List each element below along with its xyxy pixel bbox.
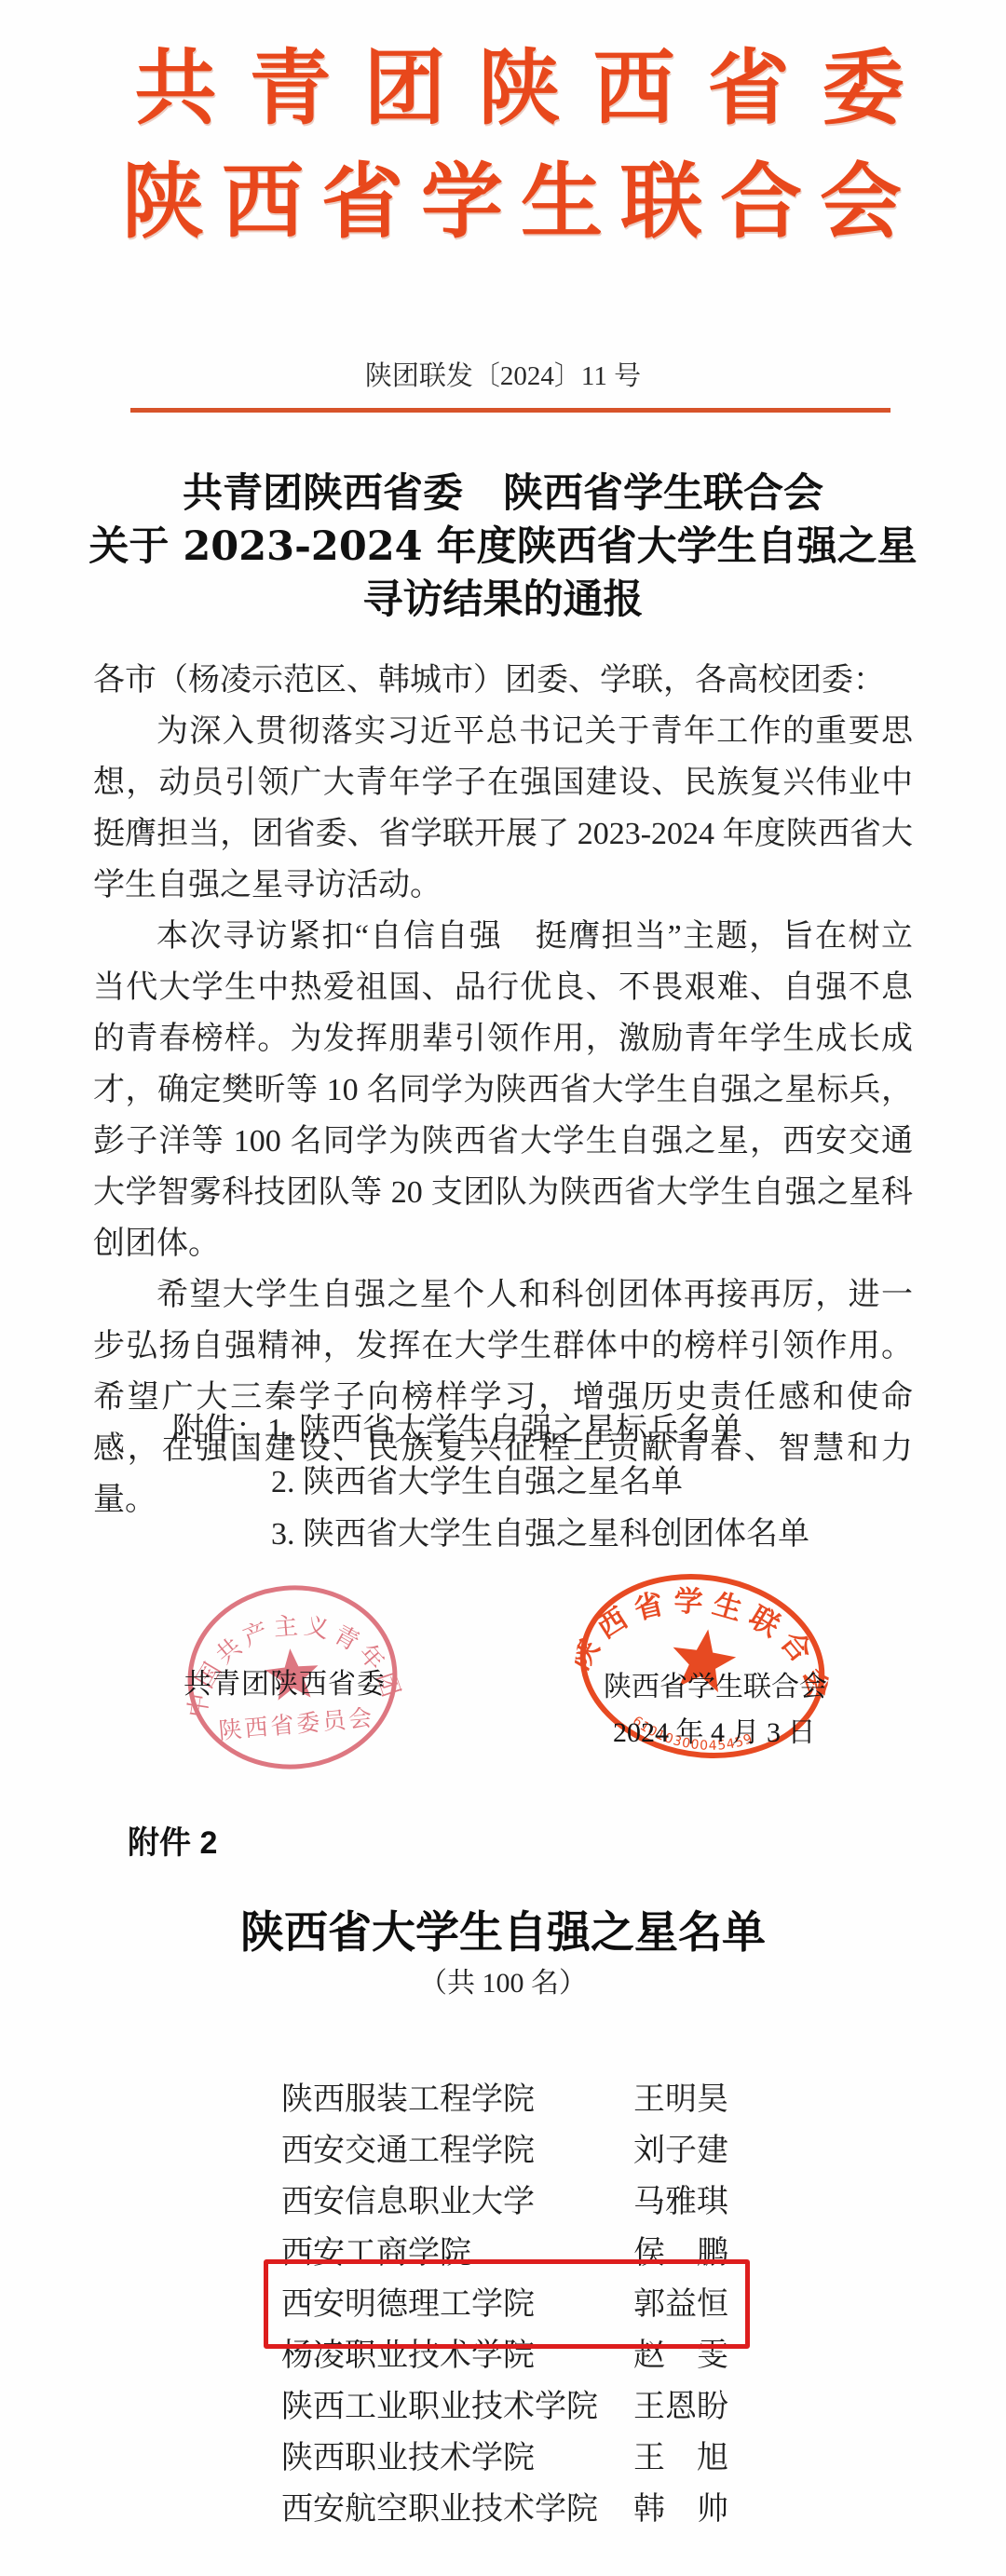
highlight-annotation-box [264, 2259, 750, 2349]
document-title: 共青团陕西省委 陕西省学生联合会 关于 2023-2024 年度陕西省大学生自强… [0, 468, 1006, 627]
table-row: 西安信息职业大学 马雅琪 [281, 2173, 1006, 2224]
table-row: 陕西工业职业技术学院 王恩盼 [281, 2378, 1006, 2429]
body-paragraph-2: 本次寻访紧扣“自信自强 挺膺担当”主题，旨在树立当代大学生中热爱祖国、品行优良、… [93, 911, 913, 1269]
appendix-label: 附件 2 [128, 1817, 217, 1863]
letterhead-org-line-2: 陕西省学生联合会 [0, 160, 1006, 242]
student-name: 韩 帅 [633, 2483, 728, 2529]
student-name: 马雅琪 [633, 2176, 728, 2221]
school-name: 西安信息职业大学 [281, 2176, 633, 2221]
roster-title: 陕西省大学生自强之星名单 [0, 1898, 1006, 1960]
attachment-item-2: 2. 陕西省大学生自强之星名单 [271, 1457, 809, 1509]
student-name: 王恩盼 [633, 2380, 728, 2426]
school-name: 陕西职业技术学院 [281, 2432, 633, 2477]
signature-left-org: 共青团陕西省委 [184, 1661, 386, 1702]
attachment-item-3: 3. 陕西省大学生自强之星科创团体名单 [271, 1509, 809, 1561]
attachments-list: 附件：1. 陕西省大学生自强之星标兵名单 2. 陕西省大学生自强之星名单 3. … [93, 1404, 809, 1561]
red-divider-line [130, 408, 890, 413]
document-title-line-3: 寻访结果的通报 [0, 574, 1006, 627]
table-row: 西安航空职业技术学院 韩 帅 [281, 2480, 1006, 2531]
table-row: 陕西服装工程学院 王明昊 [281, 2070, 1006, 2122]
school-name: 陕西服装工程学院 [281, 2073, 633, 2119]
body-paragraph-1: 为深入贯彻落实习近平总书记关于青年工作的重要思想，动员引领广大青年学子在强国建设… [93, 706, 913, 911]
roster-count: （共 100 名） [0, 1959, 1006, 2000]
school-name: 西安航空职业技术学院 [281, 2483, 633, 2529]
school-name: 陕西工业职业技术学院 [281, 2380, 633, 2426]
table-row: 陕西职业技术学院 王 旭 [281, 2429, 1006, 2480]
student-name: 王明昊 [633, 2073, 728, 2119]
table-row: 西安交通工程学院 刘子建 [281, 2122, 1006, 2173]
student-name: 王 旭 [633, 2432, 728, 2477]
official-document-page: 共青团陕西省委 陕西省学生联合会 陕团联发〔2024〕11 号 共青团陕西省委 … [0, 0, 1006, 2576]
letterhead-org-line-1: 共青团陕西省委 [0, 47, 1006, 129]
document-title-line-2: 关于 2023-2024 年度陕西省大学生自强之星 [0, 521, 1006, 574]
document-title-line-1: 共青团陕西省委 陕西省学生联合会 [0, 468, 1006, 521]
salutation: 各市（杨凌示范区、韩城市）团委、学联，各高校团委： [93, 655, 913, 706]
school-name: 西安交通工程学院 [281, 2124, 633, 2170]
issue-date: 2024 年 4 月 3 日 [613, 1709, 816, 1750]
signature-right-org: 陕西省学生联合会 [604, 1663, 827, 1704]
student-name: 刘子建 [633, 2124, 728, 2170]
seal-inner-text: 陕西省委员会 [218, 1705, 376, 1745]
attachment-item-1: 附件：1. 陕西省大学生自强之星标兵名单 [172, 1404, 809, 1457]
document-body: 各市（杨凌示范区、韩城市）团委、学联，各高校团委： 为深入贯彻落实习近平总书记关… [93, 655, 913, 1525]
document-number: 陕团联发〔2024〕11 号 [0, 355, 1006, 393]
